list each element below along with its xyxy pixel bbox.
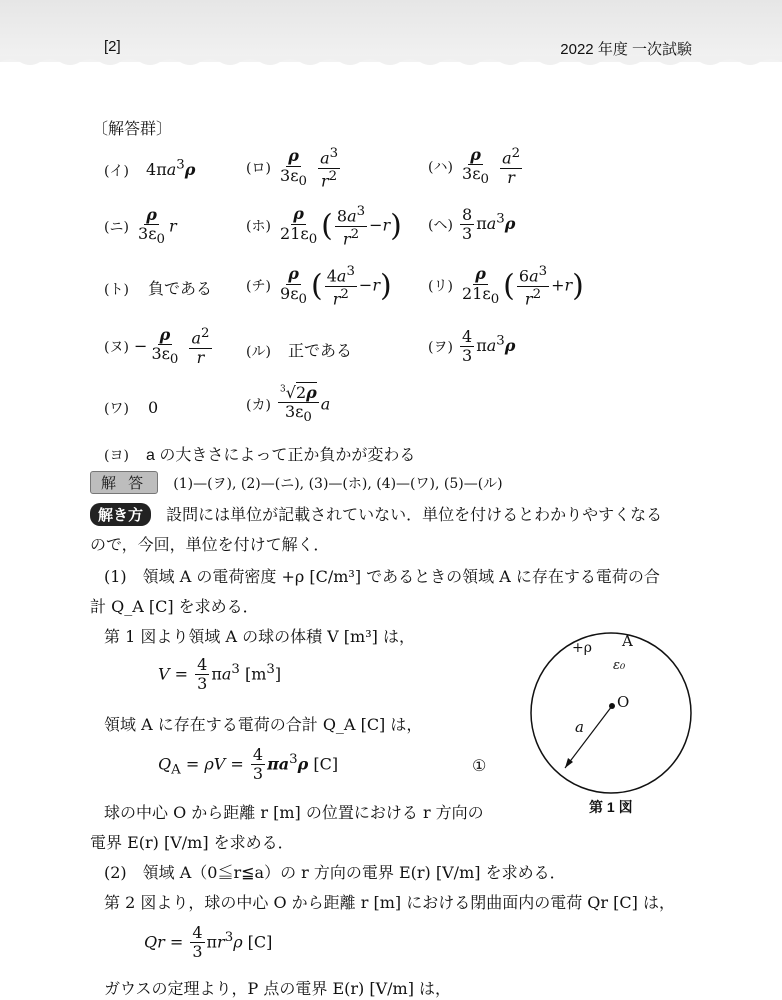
part2-text: (2) 領域 A（0≦r≦a）の r 方向の電界 E(r) [V/m] を求める… [104, 860, 566, 883]
equation-volume: V = 43πa3 [m3] [158, 656, 281, 694]
option-ho: (ホ) ρ21ε0(8a3r2−r) [246, 204, 402, 248]
option-he: (ヘ) 83πa3ρ [428, 206, 515, 244]
answer-badge: 解 答 [90, 471, 158, 494]
figure-label-O: O [617, 693, 629, 711]
exam-title: 2022 年度 一次試験 [560, 38, 692, 59]
option-to: (ト) 負である [104, 276, 212, 299]
charge-text: 領域 A に存在する電荷の合計 Q_A [C] は， [104, 712, 422, 735]
field-text-2: 電界 E(r) [V/m] を求める． [90, 830, 294, 853]
option-ri: (リ) ρ21ε0(6a3r2+r) [428, 264, 584, 308]
option-yo: (ヨ) a の大きさによって正か負かが変わる [104, 442, 415, 465]
answer-group-heading: 〔解答群〕 [92, 116, 172, 139]
option-ni: (ニ) ρ3ε0r [104, 206, 177, 248]
figure-label-A: A [622, 632, 633, 650]
volume-text: 第 1 図より領域 A の球の体積 V [m³] は， [104, 624, 415, 647]
option-ha: (ハ) ρ3ε0 a2r [428, 146, 524, 188]
equation-number: ① [472, 756, 486, 775]
equation-charge: QA = ρV = 43πa3ρ [C] [158, 746, 338, 784]
equation-qr: Qr = 43πr3ρ [C] [144, 924, 272, 962]
figure-1-sphere [528, 630, 694, 796]
figure-caption: 第 1 図 [589, 797, 633, 817]
option-ro: (ロ) ρ3ε0 a3r2 [246, 146, 342, 190]
option-wo: (ヲ) 43πa3ρ [428, 328, 515, 366]
answer-line: 解 答 (1)—(ヲ), (2)—(ニ), (3)—(ホ), (4)—(ワ), … [90, 471, 503, 494]
page-number: [2] [104, 38, 121, 55]
option-i: (イ) 4πa3ρ [104, 158, 195, 180]
option-ka: (カ) 3√2ρ3ε0a [246, 384, 330, 426]
option-nu: (ヌ) −ρ3ε0 a2r [104, 326, 214, 368]
part1-line2: 計 Q_A [C] を求める． [90, 594, 259, 617]
enclosed-charge-text: 第 2 図より，球の中心 O から距離 r [m] における閉曲面内の電荷 Qr… [104, 890, 675, 913]
figure-label-eps: ε₀ [613, 658, 625, 673]
option-chi: (チ) ρ9ε0(4a3r2−r) [246, 264, 392, 308]
figure-label-rho: +ρ [572, 640, 592, 656]
option-wa: (ワ) 0 [104, 398, 158, 418]
gauss-text: ガウスの定理より，P 点の電界 E(r) [V/m] は， [104, 976, 451, 999]
field-text-1: 球の中心 O から距離 r [m] の位置における r 方向の [104, 800, 484, 823]
option-ru: (ル) 正である [246, 338, 352, 361]
figure-label-a: a [575, 718, 584, 736]
solution-intro-2: ので，今回，単位を付けて解く． [90, 532, 329, 555]
solution-badge: 解き方 [90, 503, 151, 526]
part1-line1: (1) 領域 A の電荷密度 +ρ [C/m³] であるときの領域 A に存在す… [104, 564, 660, 587]
solution-intro: 解き方 設問には単位が記載されていない．単位を付けるとわかりやすくなる [90, 502, 662, 526]
